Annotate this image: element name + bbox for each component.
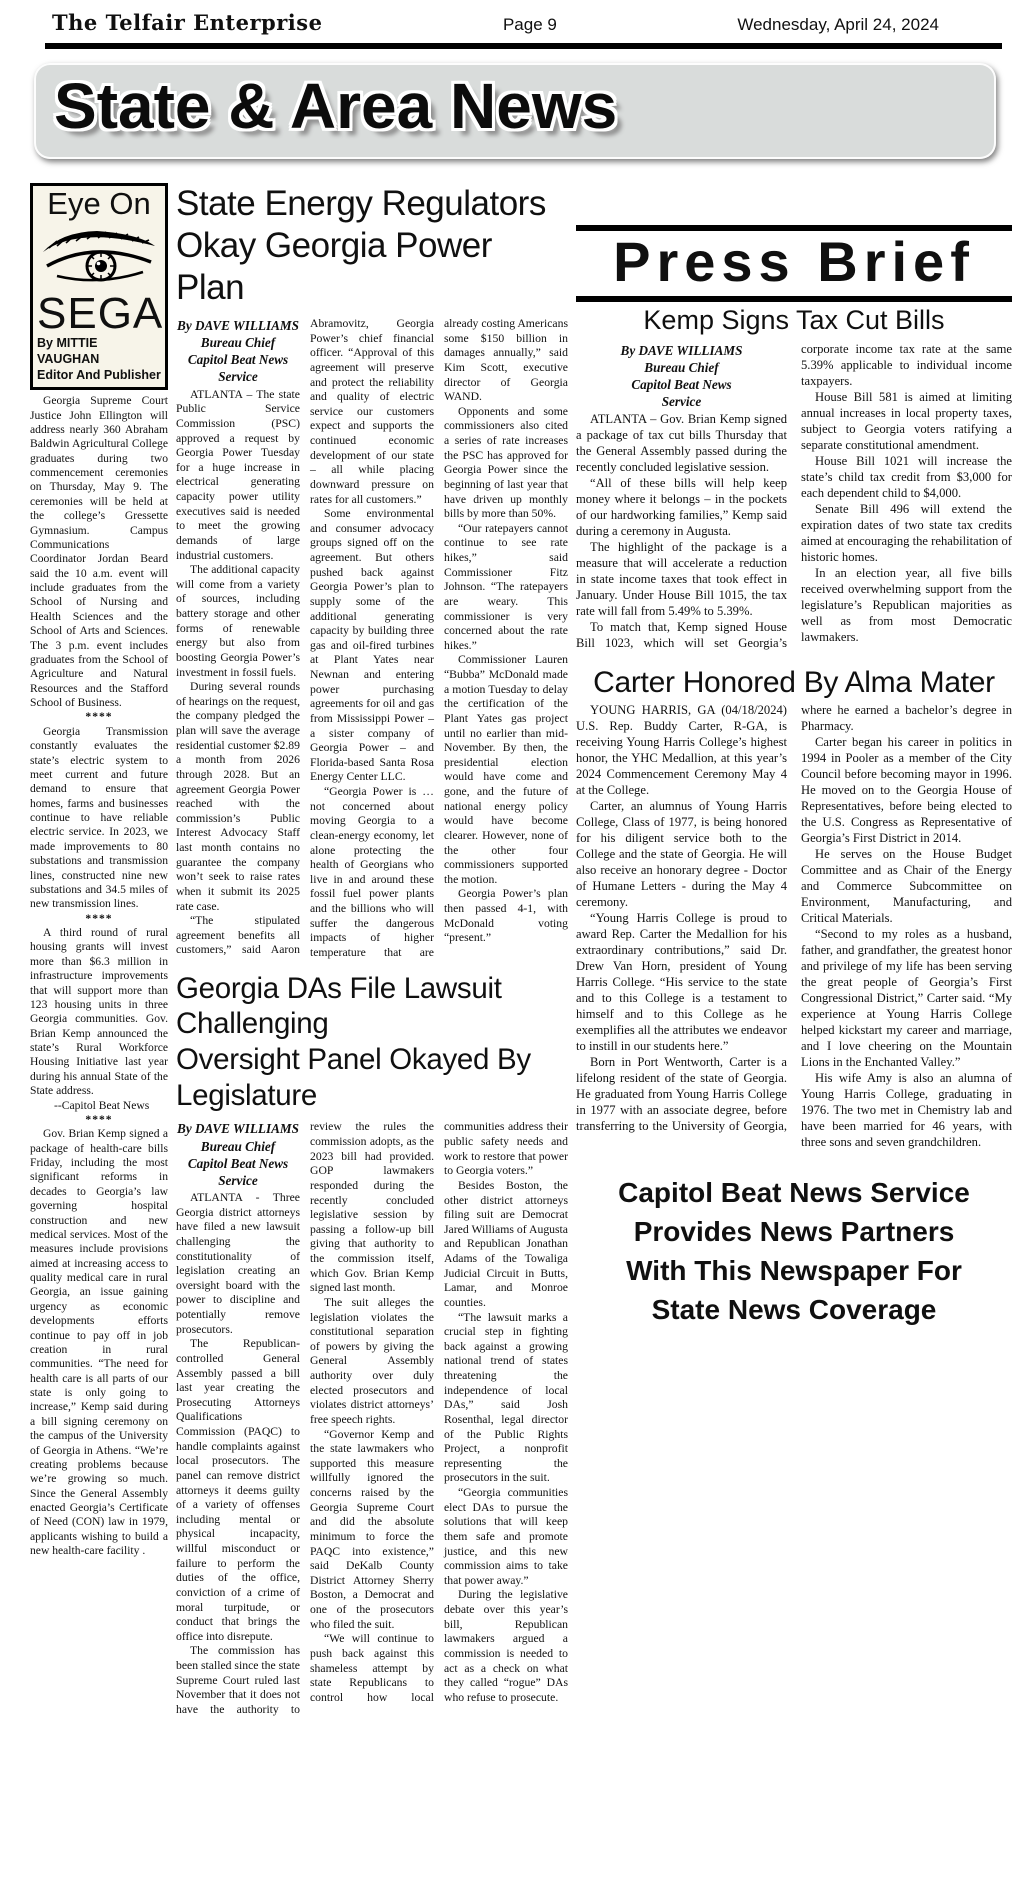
paragraph: “Our ratepayers cannot continue to see r… bbox=[444, 522, 568, 654]
page-number: Page 9 bbox=[503, 15, 557, 35]
paragraph: Georgia Supreme Court Justice John Ellin… bbox=[30, 394, 168, 710]
eye-on-byline: By MITTIE VAUGHAN Editor And Publisher bbox=[37, 336, 161, 383]
paragraph: “Second to my roles as a husband, father… bbox=[801, 927, 1012, 1071]
article-headline: State Energy Regulators Okay Georgia Pow… bbox=[176, 183, 568, 309]
paragraph: Georgia Power’s plan then passed 4-1, wi… bbox=[444, 887, 568, 946]
paragraph: House Bill 1021 will increase the state’… bbox=[801, 454, 1012, 502]
paragraph: He serves on the House Budget Committee … bbox=[801, 847, 1012, 927]
header-rule bbox=[45, 43, 1002, 49]
paragraph: Gov. Brian Kemp signed a package of heal… bbox=[30, 1127, 168, 1558]
paragraph: ATLANTA – The state Public Service Commi… bbox=[176, 388, 300, 564]
paragraph: “Young Harris College is proud to award … bbox=[576, 911, 787, 1055]
section-separator: **** bbox=[30, 710, 168, 724]
paragraph: “The lawsuit marks a crucial step in fig… bbox=[444, 1311, 568, 1487]
eye-on-acronym: SEGA bbox=[37, 293, 161, 335]
article-byline: By DAVE WILLIAMS Bureau Chief Capitol Be… bbox=[176, 1120, 300, 1189]
paragraph: House Bill 581 is aimed at limiting annu… bbox=[801, 390, 1012, 454]
eye-illustration bbox=[37, 222, 161, 292]
page-date: Wednesday, April 24, 2024 bbox=[737, 15, 939, 35]
paragraph: During several rounds of hearings on the… bbox=[176, 680, 300, 914]
credit-line: --Capitol Beat News bbox=[30, 1099, 168, 1113]
right-column: Press Brief Kemp Signs Tax Cut Bills By … bbox=[576, 183, 1012, 1718]
paragraph: His wife Amy is also an alumna of Young … bbox=[801, 1071, 1012, 1151]
paragraph: YOUNG HARRIS, GA (04/18/2024) U.S. Rep. … bbox=[576, 703, 787, 799]
middle-column: State Energy Regulators Okay Georgia Pow… bbox=[176, 183, 568, 1718]
paragraph: ATLANTA - Three Georgia district attorne… bbox=[176, 1191, 300, 1337]
article-carter: Carter Honored By Alma Mater YOUNG HARRI… bbox=[576, 666, 1012, 1151]
left-column: Eye On SEGA By MITTIE VAUGHAN Edi bbox=[30, 183, 168, 1718]
paragraph: The highlight of the package is a measur… bbox=[576, 540, 787, 620]
eye-on-sega-box: Eye On SEGA By MITTIE VAUGHAN Edi bbox=[30, 183, 168, 390]
paragraph: A third round of rural housing grants wi… bbox=[30, 926, 168, 1099]
paragraph: Georgia Transmission constantly evaluate… bbox=[30, 725, 168, 912]
masthead: The Telfair Enterprise bbox=[52, 10, 322, 35]
press-brief-subhead: Kemp Signs Tax Cut Bills bbox=[576, 306, 1012, 336]
article-body: YOUNG HARRIS, GA (04/18/2024) U.S. Rep. … bbox=[576, 703, 1012, 1151]
article-headline: Georgia DAs File Lawsuit Challenging Ove… bbox=[176, 971, 568, 1115]
article-body: By DAVE WILLIAMS Bureau Chief Capitol Be… bbox=[176, 317, 568, 961]
paragraph: Senate Bill 496 will extend the expirati… bbox=[801, 502, 1012, 566]
paragraph: Opponents and some commissioners also ci… bbox=[444, 405, 568, 522]
article-energy: State Energy Regulators Okay Georgia Pow… bbox=[176, 183, 568, 961]
paragraph: The suit alleges the legislation violate… bbox=[310, 1296, 434, 1428]
article-das-lawsuit: Georgia DAs File Lawsuit Challenging Ove… bbox=[176, 971, 568, 1718]
paragraph: Commissioner Lauren “Bubba” McDonald mad… bbox=[444, 653, 568, 887]
paragraph: “Georgia communities elect DAs to pursue… bbox=[444, 1486, 568, 1588]
page-content: Eye On SEGA By MITTIE VAUGHAN Edi bbox=[0, 159, 1024, 1718]
paragraph: “Governor Kemp and the state lawmakers w… bbox=[310, 1428, 434, 1633]
press-brief-section: Press Brief Kemp Signs Tax Cut Bills By … bbox=[576, 225, 1012, 652]
section-title: State & Area News bbox=[54, 69, 978, 143]
paragraph: ATLANTA – Gov. Brian Kemp signed a packa… bbox=[576, 412, 787, 476]
section-separator: **** bbox=[30, 1113, 168, 1127]
page-header: The Telfair Enterprise Page 9 Wednesday,… bbox=[0, 0, 1024, 39]
paragraph: The additional capacity will come from a… bbox=[176, 563, 300, 680]
article-body: By DAVE WILLIAMS Bureau Chief Capitol Be… bbox=[576, 342, 1012, 652]
paragraph: Carter began his career in politics in 1… bbox=[801, 735, 1012, 847]
paragraph: Some environmental and consumer advocacy… bbox=[310, 507, 434, 785]
eye-on-column-text: Georgia Supreme Court Justice John Ellin… bbox=[30, 394, 168, 1558]
paragraph: The Republican-controlled General Assemb… bbox=[176, 1337, 300, 1644]
press-brief-title: Press Brief bbox=[576, 225, 1012, 302]
article-byline: By DAVE WILLIAMS Bureau Chief Capitol Be… bbox=[576, 342, 787, 411]
newspaper-page: The Telfair Enterprise Page 9 Wednesday,… bbox=[0, 0, 1024, 1882]
capitol-beat-promo: Capitol Beat News Service Provides News … bbox=[576, 1173, 1012, 1330]
article-body: By DAVE WILLIAMS Bureau Chief Capitol Be… bbox=[176, 1120, 568, 1717]
paragraph: During the legislative debate over this … bbox=[444, 1588, 568, 1705]
paragraph: In an election year, all five bills rece… bbox=[801, 566, 1012, 646]
article-headline: Carter Honored By Alma Mater bbox=[576, 666, 1012, 699]
paragraph: Carter, an alumnus of Young Harris Colle… bbox=[576, 799, 787, 911]
section-separator: **** bbox=[30, 912, 168, 926]
eye-on-title: Eye On bbox=[37, 188, 161, 221]
paragraph: Besides Boston, the other district attor… bbox=[444, 1179, 568, 1311]
paragraph: “All of these bills will help keep money… bbox=[576, 476, 787, 540]
section-banner: State & Area News bbox=[34, 63, 996, 159]
article-byline: By DAVE WILLIAMS Bureau Chief Capitol Be… bbox=[176, 317, 300, 386]
